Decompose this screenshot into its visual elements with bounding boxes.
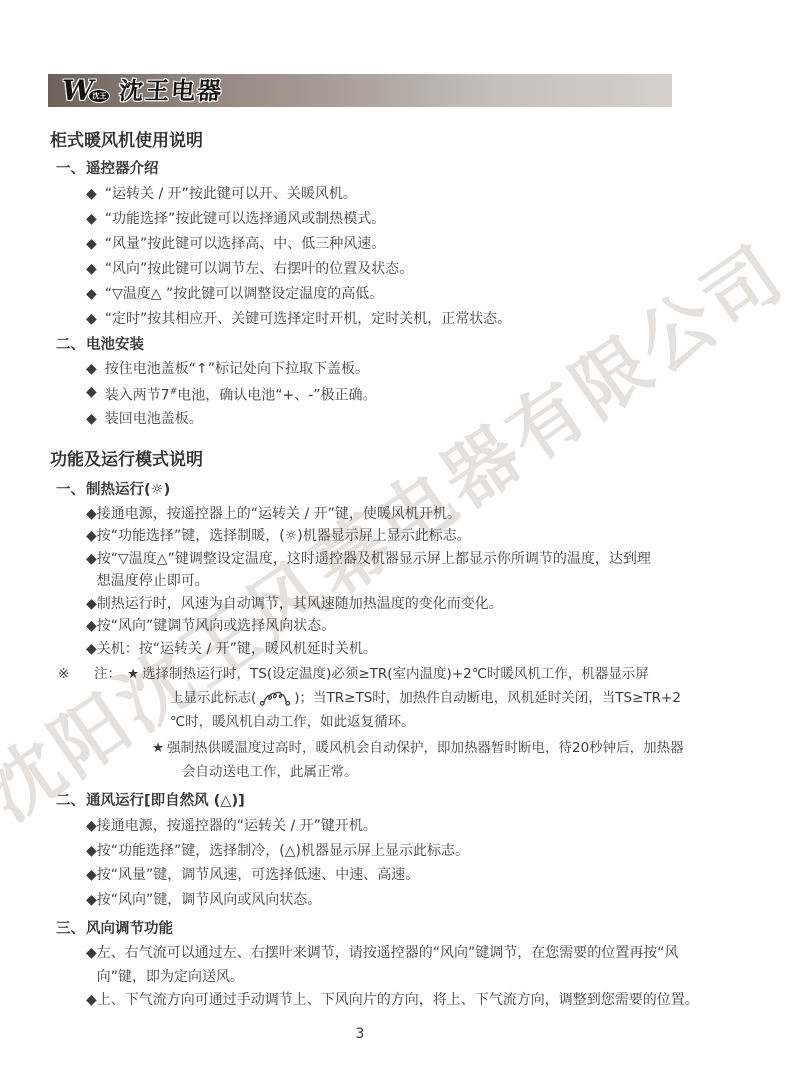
list-item: ◆左、右气流可以通过左、右摆叶来调节，请按遥控器的“风向”键调节，在您需要的位置… bbox=[86, 942, 772, 989]
note-line: 上显示此标志()；当TR≥TS时，加热件自动断电，风机延时关闭，当TS≥TR+2 bbox=[142, 686, 772, 710]
note-label: 注： bbox=[94, 662, 127, 784]
diamond-bullet-icon: ◆ bbox=[86, 257, 97, 282]
list-item: ◆“风量”按此键可以选择高、中、低三种风速。 bbox=[86, 232, 772, 257]
list-item: ◆“功能选择”按此键可以选择通风或制热模式。 bbox=[86, 207, 772, 232]
list-item: ◆按“风向”键，调节风向或风向状态。 bbox=[86, 888, 772, 913]
battery-list: ◆按住电池盖板“↑”标记处向下拉取下盖板。 ◆装入两节7#电池，确认电池“+、-… bbox=[48, 358, 772, 431]
section-heading-text: 制热运行(☼) bbox=[86, 479, 170, 501]
diamond-bullet-icon: ◆ bbox=[86, 888, 97, 913]
diamond-bullet-icon: ◆ bbox=[86, 863, 97, 888]
section-heading-text: 遥控器介绍 bbox=[86, 158, 159, 180]
page-title-usage: 柜式暖风机使用说明 bbox=[50, 130, 772, 152]
section-remote-intro-heading: 一、 遥控器介绍 bbox=[56, 158, 772, 180]
list-item: ◆接通电源，按遥控器的“运转关 / 开”键开机。 bbox=[86, 814, 772, 839]
diamond-bullet-icon: ◆ bbox=[86, 615, 97, 638]
diamond-bullet-icon: ◆ bbox=[86, 503, 97, 526]
remote-intro-list: ◆“运转关 / 开”按此键可以开、关暖风机。 ◆“功能选择”按此键可以选择通风或… bbox=[48, 182, 772, 332]
brand-logo-badge: 沈王 bbox=[88, 89, 110, 103]
page-number: 3 bbox=[356, 1026, 365, 1042]
list-item: ◆按“风量”键，调节风速，可选择低速、中速、高速。 bbox=[86, 863, 772, 888]
note-star-item-1: ★ 选择制热运行时，TS(设定温度)必须≥TR(室内温度)+2℃时暖风机工作，机… bbox=[127, 662, 772, 734]
section-number: 二、 bbox=[56, 790, 86, 812]
heating-element-icon bbox=[259, 690, 291, 707]
diamond-bullet-icon: ◆ bbox=[86, 207, 97, 232]
brand-header-bar: W 沈王 沈王电器 bbox=[48, 74, 672, 107]
section-number: 二、 bbox=[56, 334, 86, 356]
list-item: ◆关机：按“运转关 / 开”键，暖风机延时关机。 bbox=[86, 638, 772, 661]
diamond-bullet-icon: ◆ bbox=[86, 408, 97, 431]
diamond-bullet-icon: ◆ bbox=[86, 989, 97, 1013]
star-bullet-icon: ★ bbox=[127, 662, 142, 734]
section-heading-text: 通风运行[即自然风 (△)] bbox=[86, 790, 245, 812]
list-item: ◆装回电池盖板。 bbox=[86, 408, 772, 431]
section-heating-heading: 一、 制热运行(☼) bbox=[56, 479, 772, 501]
heating-list: ◆接通电源，按遥控器上的“运转关 / 开”键，使暖风机开机。 ◆按“功能选择”键… bbox=[48, 503, 772, 661]
section-airflow-heading: 三、 风向调节功能 bbox=[56, 918, 772, 940]
section-number: 一、 bbox=[56, 479, 86, 501]
diamond-bullet-icon: ◆ bbox=[86, 307, 97, 332]
diamond-bullet-icon: ◆ bbox=[86, 839, 97, 864]
list-item: ◆按“功能选择”键，选择制暖，(☼)机器显示屏上显示此标志。 bbox=[86, 525, 772, 548]
diamond-bullet-icon: ◆ bbox=[86, 548, 97, 593]
ventilation-list: ◆接通电源，按遥控器的“运转关 / 开”键开机。 ◆按“功能选择”键，选择制冷，… bbox=[48, 814, 772, 912]
section-ventilation-heading: 二、 通风运行[即自然风 (△)] bbox=[56, 790, 772, 812]
page-title-modes: 功能及运行模式说明 bbox=[50, 449, 772, 471]
section-number: 三、 bbox=[56, 918, 86, 940]
note-block: ※ 注： ★ 选择制热运行时，TS(设定温度)必须≥TR(室内温度)+2℃时暖风… bbox=[58, 662, 772, 784]
star-bullet-icon: ★ bbox=[152, 736, 167, 784]
section-number: 一、 bbox=[56, 158, 86, 180]
list-item: ◆按住电池盖板“↑”标记处向下拉取下盖板。 bbox=[86, 358, 772, 381]
list-item: ◆制热运行时，风速为自动调节，其风速随加热温度的变化而变化。 bbox=[86, 593, 772, 616]
list-item: ◆上、下气流方向可通过手动调节上、下风向片的方向，将上、下气流方向，调整到您需要… bbox=[86, 989, 772, 1013]
note-line: 选择制热运行时，TS(设定温度)必须≥TR(室内温度)+2℃时暖风机工作，机器显… bbox=[142, 662, 772, 686]
note-line: 会自动送电工作，此属正常。 bbox=[167, 760, 772, 784]
diamond-bullet-icon: ◆ bbox=[86, 282, 97, 307]
reference-mark-icon: ※ bbox=[58, 662, 94, 784]
diamond-bullet-icon: ◆ bbox=[86, 182, 97, 207]
note-line: ℃时，暖风机自动工作，如此返复循环。 bbox=[142, 710, 772, 734]
note-line: 强制热供暖温度过高时，暖风机会自动保护，即加热器暂时断电，待20秒钟后，加热器 bbox=[167, 736, 772, 760]
list-item: ◆按“▽温度△”键调整设定温度，这时遥控器及机器显示屏上都显示你所调节的温度，达… bbox=[86, 548, 772, 593]
diamond-bullet-icon: ◆ bbox=[86, 593, 97, 616]
airflow-list: ◆左、右气流可以通过左、右摆叶来调节，请按遥控器的“风向”键调节，在您需要的位置… bbox=[48, 942, 772, 1013]
list-item: ◆“风向”按此键可以调节左、右摆叶的位置及状态。 bbox=[86, 257, 772, 282]
list-item: ◆按“功能选择”键，选择制冷，(△)机器显示屏上显示此标志。 bbox=[86, 839, 772, 864]
list-item: ◆“定时”按其相应开、关键可选择定时开机，定时关机，正常状态。 bbox=[86, 307, 772, 332]
page-footer: 3 bbox=[48, 1026, 672, 1042]
list-item: ◆装入两节7#电池，确认电池“+、-”极正确。 bbox=[86, 381, 772, 408]
diamond-bullet-icon: ◆ bbox=[86, 942, 97, 989]
brand-name: 沈王电器 bbox=[119, 79, 225, 103]
section-battery-heading: 二、 电池安装 bbox=[56, 334, 772, 356]
diamond-bullet-icon: ◆ bbox=[86, 814, 97, 839]
diamond-bullet-icon: ◆ bbox=[86, 381, 97, 408]
manual-page: 沈阳沈王风幕电器有限公司 W 沈王 沈王电器 柜式暖风机使用说明 一、 遥控器介… bbox=[0, 0, 800, 1083]
diamond-bullet-icon: ◆ bbox=[86, 525, 97, 548]
brand-logo-monogram-icon: W bbox=[62, 77, 93, 105]
list-item: ◆按“风向”键调节风向或选择风向状态。 bbox=[86, 615, 772, 638]
document-content: 柜式暖风机使用说明 一、 遥控器介绍 ◆“运转关 / 开”按此键可以开、关暖风机… bbox=[48, 130, 772, 1013]
note-star-item-2: ★ 强制热供暖温度过高时，暖风机会自动保护，即加热器暂时断电，待20秒钟后，加热… bbox=[152, 736, 772, 784]
diamond-bullet-icon: ◆ bbox=[86, 638, 97, 661]
section-heading-text: 电池安装 bbox=[86, 334, 144, 356]
list-item: ◆接通电源，按遥控器上的“运转关 / 开”键，使暖风机开机。 bbox=[86, 503, 772, 526]
section-heading-text: 风向调节功能 bbox=[86, 918, 173, 940]
list-item: ◆“运转关 / 开”按此键可以开、关暖风机。 bbox=[86, 182, 772, 207]
diamond-bullet-icon: ◆ bbox=[86, 358, 97, 381]
diamond-bullet-icon: ◆ bbox=[86, 232, 97, 257]
list-item: ◆“▽温度△ ”按此键可以调整设定温度的高低。 bbox=[86, 282, 772, 307]
